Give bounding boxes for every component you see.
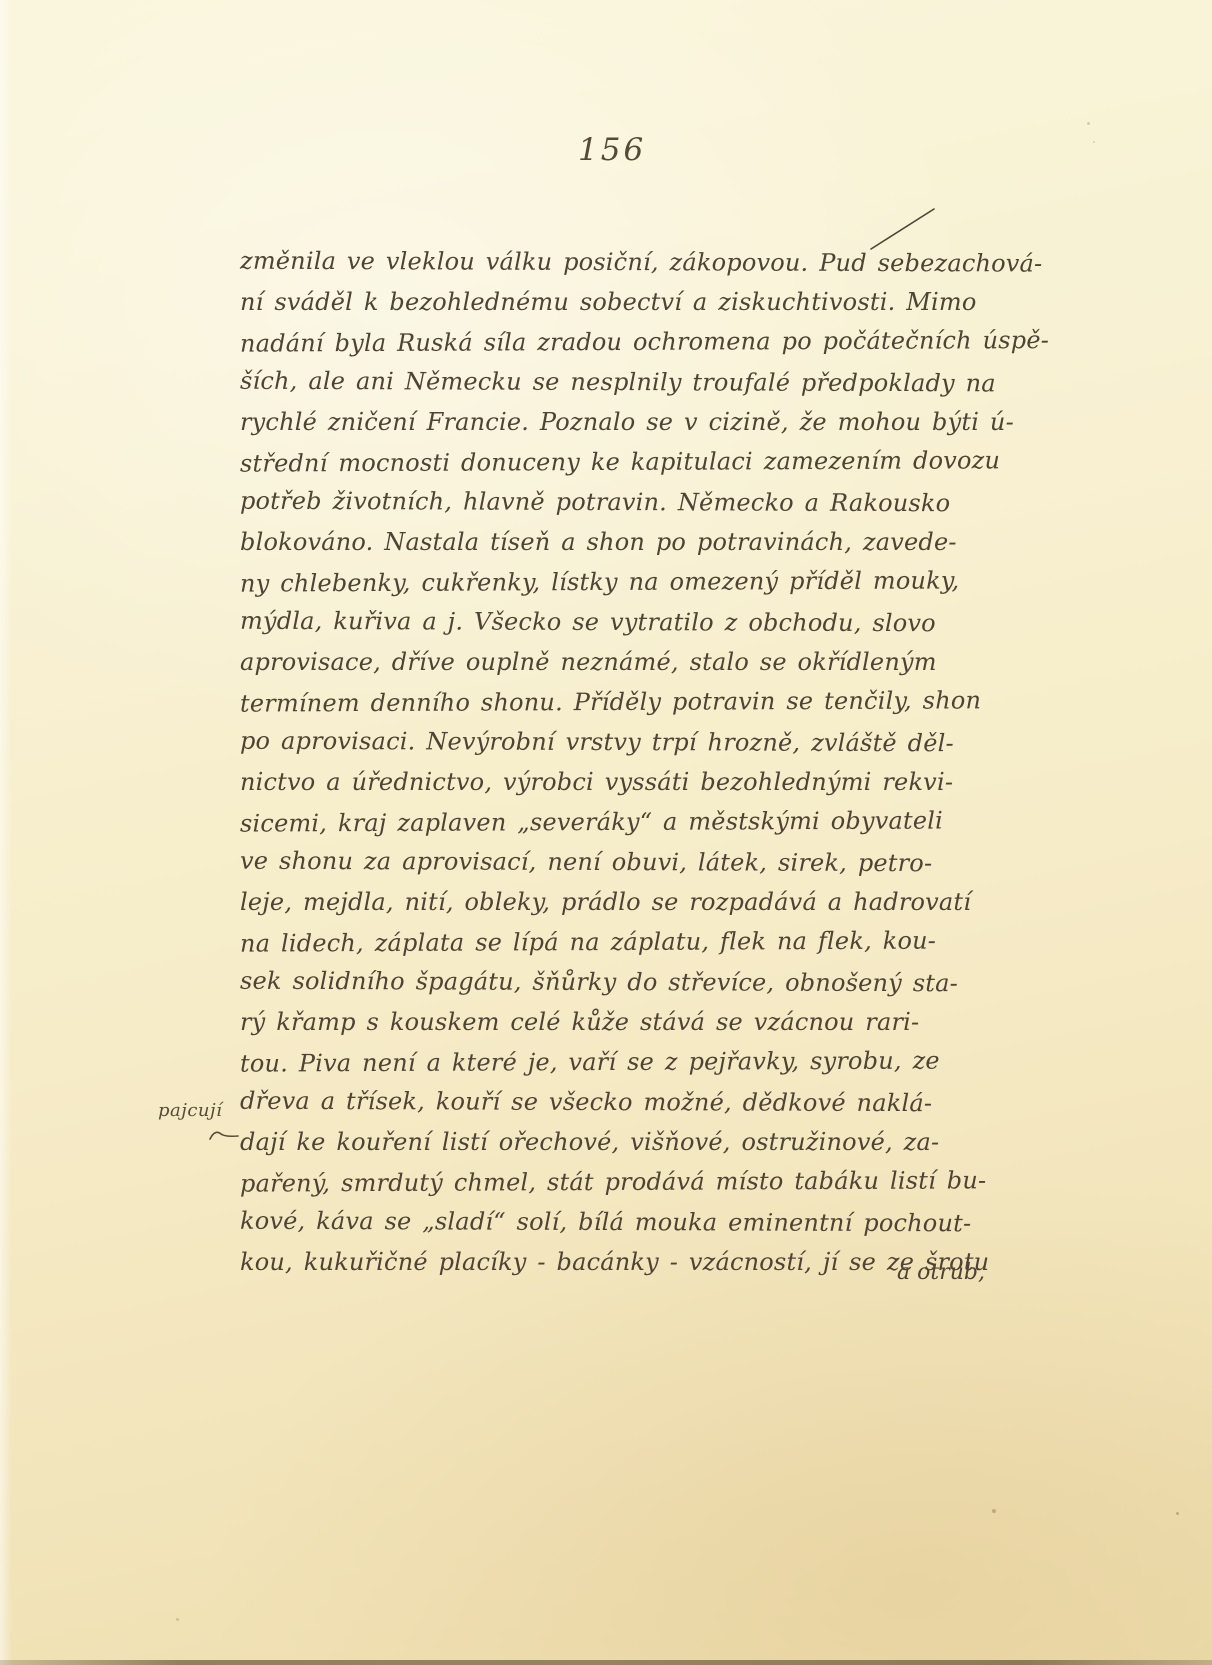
paper-speck: [1093, 141, 1095, 143]
manuscript-line: ších, ale ani Německu se nesplnily trouf…: [240, 361, 960, 404]
manuscript-line: rý křamp s kouskem celé kůže stává se vz…: [240, 1002, 960, 1042]
manuscript-text-block: změnila ve vleklou válku posiční, zákopo…: [240, 242, 960, 1282]
manuscript-line: leje, mejdla, nití, obleky, prádlo se ro…: [240, 882, 960, 922]
paper-left-edge: [0, 0, 12, 1665]
margin-note: pajcují: [158, 1100, 222, 1121]
manuscript-line: termínem denního shonu. Příděly potravin…: [240, 680, 960, 723]
manuscript-line: sek solidního špagátu, šňůrky do střevíc…: [240, 961, 960, 1004]
page-bottom-edge: [0, 1660, 1212, 1665]
manuscript-line: na lidech, záplata se lípá na záplatu, f…: [240, 920, 960, 963]
manuscript-line: střední mocnosti donuceny ke kapitulaci …: [240, 440, 960, 483]
paper-speck: [176, 1618, 179, 1621]
manuscript-line: po aprovisaci. Nevýrobní vrstvy trpí hro…: [240, 721, 960, 764]
paper-speck: [1176, 1512, 1179, 1515]
manuscript-line: potřeb životních, hlavně potravin. Němec…: [240, 481, 960, 524]
insertion-mark-icon: [208, 1126, 242, 1142]
manuscript-line: rychlé zničení Francie. Poznalo se v ciz…: [240, 402, 960, 442]
manuscript-line: kou, kukuřičné placíky - bacánky - vzácn…: [240, 1242, 960, 1282]
manuscript-line: změnila ve vleklou válku posiční, zákopo…: [240, 241, 960, 284]
manuscript-line: nadání byla Ruská síla zradou ochromena …: [240, 320, 960, 363]
manuscript-line: aprovisace, dříve ouplně neznámé, stalo …: [240, 642, 960, 682]
page-number: 156: [578, 132, 646, 168]
manuscript-page: 156 změnila ve vleklou válku posiční, zá…: [0, 0, 1212, 1665]
manuscript-line: nictvo a úřednictvo, výrobci vyssáti bez…: [240, 762, 960, 802]
paper-speck: [992, 1509, 996, 1513]
manuscript-line: tou. Piva není a které je, vaří se z pej…: [240, 1040, 960, 1083]
manuscript-line: dřeva a třísek, kouří se všecko možné, d…: [240, 1081, 960, 1124]
manuscript-line: pařený, smrdutý chmel, stát prodává míst…: [240, 1160, 960, 1203]
manuscript-line: mýdla, kuřiva a j. Všecko se vytratilo z…: [240, 601, 960, 644]
manuscript-line: blokováno. Nastala tíseň a shon po potra…: [240, 522, 960, 562]
manuscript-line: sicemi, kraj zaplaven „severáky“ a městs…: [240, 800, 960, 843]
manuscript-line: dají ke kouření listí ořechové, višňové,…: [240, 1122, 960, 1162]
manuscript-line: ve shonu za aprovisací, není obuvi, láte…: [240, 841, 960, 884]
manuscript-line: ny chlebenky, cukřenky, lístky na omezen…: [240, 560, 960, 603]
paper-speck: [1087, 122, 1090, 125]
manuscript-line: kové, káva se „sladí“ solí, bílá mouka e…: [240, 1201, 960, 1244]
overflow-word: a otrub,: [855, 1260, 985, 1285]
manuscript-line: ní sváděl k bezohlednému sobectví a zisk…: [240, 282, 960, 322]
